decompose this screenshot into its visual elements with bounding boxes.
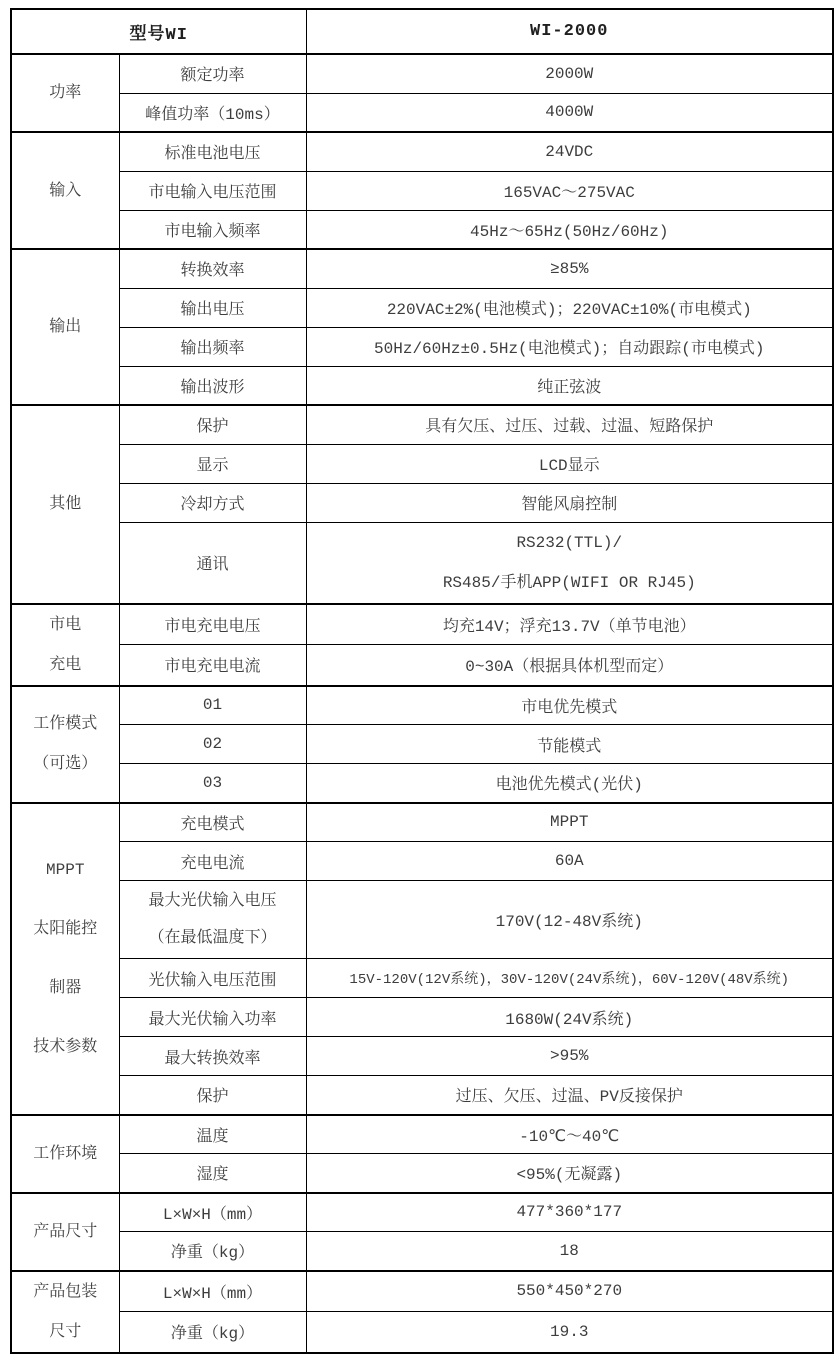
spec-value: 过压、欠压、过温、PV反接保护 — [306, 1076, 833, 1115]
group-cell-input: 输入 — [11, 132, 119, 249]
spec-label: 03 — [119, 764, 306, 803]
group-label: 市电 — [16, 605, 115, 645]
spec-label: 光伏输入电压范围 — [119, 959, 306, 998]
table-row: 输入 标准电池电压 24VDC — [11, 132, 833, 171]
spec-label: L×W×H（mm） — [119, 1193, 306, 1232]
spec-value: 220VAC±2%(电池模式)；220VAC±10%(市电模式) — [306, 288, 833, 327]
spec-value-line: RS232(TTL)/ — [311, 523, 829, 563]
group-cell-ac-charge: 市电 充电 — [11, 604, 119, 686]
spec-value: 电池优先模式(光伏) — [306, 764, 833, 803]
spec-value: 19.3 — [306, 1312, 833, 1353]
spec-label-line: （在最低温度下） — [124, 920, 302, 957]
table-row: 03 电池优先模式(光伏) — [11, 764, 833, 803]
spec-value: <95%(无凝露) — [306, 1154, 833, 1193]
table-row: 其他 保护 具有欠压、过压、过载、过温、短路保护 — [11, 405, 833, 444]
spec-value: 15V-120V(12V系统)，30V-120V(24V系统)，60V-120V… — [306, 959, 833, 998]
spec-value: 45Hz～65Hz(50Hz/60Hz) — [306, 210, 833, 249]
spec-value: 2000W — [306, 54, 833, 93]
spec-label: 峰值功率（10ms） — [119, 93, 306, 132]
group-cell-product-size: 产品尺寸 — [11, 1193, 119, 1271]
group-label: 制器 — [16, 959, 115, 1018]
spec-label: 保护 — [119, 1076, 306, 1115]
spec-label: 净重（kg） — [119, 1312, 306, 1353]
table-row: 市电输入电压范围 165VAC～275VAC — [11, 171, 833, 210]
table-row: 输出波形 纯正弦波 — [11, 366, 833, 405]
spec-label: 最大光伏输入功率 — [119, 998, 306, 1037]
spec-value: 50Hz/60Hz±0.5Hz(电池模式)；自动跟踪(市电模式) — [306, 327, 833, 366]
spec-label: 输出波形 — [119, 366, 306, 405]
table-row: 02 节能模式 — [11, 725, 833, 764]
table-row: 工作环境 温度 -10℃～40℃ — [11, 1115, 833, 1154]
table-row: 输出电压 220VAC±2%(电池模式)；220VAC±10%(市电模式) — [11, 288, 833, 327]
spec-value-line: RS485/手机APP(WIFI OR RJ45) — [311, 563, 829, 603]
group-label: 太阳能控 — [16, 900, 115, 959]
group-label: 产品包装 — [16, 1272, 115, 1312]
spec-label: 转换效率 — [119, 249, 306, 288]
spec-value: 550*450*270 — [306, 1271, 833, 1312]
table-row: 保护 过压、欠压、过温、PV反接保护 — [11, 1076, 833, 1115]
spec-value: 市电优先模式 — [306, 686, 833, 725]
group-label: 输出 — [16, 307, 115, 347]
spec-value: 具有欠压、过压、过载、过温、短路保护 — [306, 405, 833, 444]
spec-label: 保护 — [119, 405, 306, 444]
spec-label: 冷却方式 — [119, 483, 306, 522]
spec-value: 477*360*177 — [306, 1193, 833, 1232]
spec-label: 最大光伏输入电压 （在最低温度下） — [119, 881, 306, 959]
table-row: 市电 充电 市电充电电压 均充14V；浮充13.7V（单节电池） — [11, 604, 833, 645]
spec-label: 显示 — [119, 444, 306, 483]
spec-label: 02 — [119, 725, 306, 764]
table-header-row: 型号WI WI-2000 — [11, 9, 833, 54]
table-row: 通讯 RS232(TTL)/ RS485/手机APP(WIFI OR RJ45) — [11, 522, 833, 604]
group-label: 产品尺寸 — [16, 1212, 115, 1252]
group-label: 充电 — [16, 645, 115, 685]
spec-value: 纯正弦波 — [306, 366, 833, 405]
spec-label: 01 — [119, 686, 306, 725]
table-row: 净重（kg） 19.3 — [11, 1312, 833, 1353]
spec-value: 0~30A（根据具体机型而定） — [306, 645, 833, 686]
spec-table: 型号WI WI-2000 功率 额定功率 2000W 峰值功率（10ms） 40… — [10, 8, 834, 1354]
spec-label: 输出电压 — [119, 288, 306, 327]
table-row: 最大转换效率 >95% — [11, 1037, 833, 1076]
table-row: 显示 LCD显示 — [11, 444, 833, 483]
spec-label: 市电输入频率 — [119, 210, 306, 249]
group-cell-work-mode: 工作模式 （可选） — [11, 686, 119, 803]
spec-value: 4000W — [306, 93, 833, 132]
group-cell-environment: 工作环境 — [11, 1115, 119, 1193]
table-row: 湿度 <95%(无凝露) — [11, 1154, 833, 1193]
spec-label: 市电输入电压范围 — [119, 171, 306, 210]
spec-value: 均充14V；浮充13.7V（单节电池） — [306, 604, 833, 645]
group-label: （可选） — [16, 744, 115, 784]
table-row: 工作模式 （可选） 01 市电优先模式 — [11, 686, 833, 725]
table-row: 输出 转换效率 ≥85% — [11, 249, 833, 288]
spec-value: -10℃～40℃ — [306, 1115, 833, 1154]
spec-label: 额定功率 — [119, 54, 306, 93]
table-row: 产品尺寸 L×W×H（mm） 477*360*177 — [11, 1193, 833, 1232]
spec-value: 1680W(24V系统) — [306, 998, 833, 1037]
group-label: 其他 — [16, 484, 115, 524]
spec-value: ≥85% — [306, 249, 833, 288]
model-value-cell: WI-2000 — [306, 9, 833, 54]
spec-value: 165VAC～275VAC — [306, 171, 833, 210]
spec-value: LCD显示 — [306, 444, 833, 483]
group-cell-other: 其他 — [11, 405, 119, 604]
spec-label: 净重（kg） — [119, 1232, 306, 1271]
spec-label: 标准电池电压 — [119, 132, 306, 171]
group-cell-mppt: MPPT 太阳能控 制器 技术参数 — [11, 803, 119, 1115]
group-label: 功率 — [16, 73, 115, 113]
spec-value: 24VDC — [306, 132, 833, 171]
spec-label: 通讯 — [119, 522, 306, 604]
table-row: 净重（kg） 18 — [11, 1232, 833, 1271]
spec-value: RS232(TTL)/ RS485/手机APP(WIFI OR RJ45) — [306, 522, 833, 604]
spec-label: 市电充电电流 — [119, 645, 306, 686]
group-label: MPPT — [16, 841, 115, 900]
group-label: 输入 — [16, 171, 115, 211]
table-row: 最大光伏输入电压 （在最低温度下） 170V(12-48V系统) — [11, 881, 833, 959]
spec-value: >95% — [306, 1037, 833, 1076]
group-cell-package-size: 产品包装 尺寸 — [11, 1271, 119, 1353]
group-cell-output: 输出 — [11, 249, 119, 405]
spec-label: 输出频率 — [119, 327, 306, 366]
table-row: 光伏输入电压范围 15V-120V(12V系统)，30V-120V(24V系统)… — [11, 959, 833, 998]
spec-value: 节能模式 — [306, 725, 833, 764]
spec-value: 170V(12-48V系统) — [306, 881, 833, 959]
spec-label: 温度 — [119, 1115, 306, 1154]
spec-label: 市电充电电压 — [119, 604, 306, 645]
group-label: 工作模式 — [16, 704, 115, 744]
table-row: 充电电流 60A — [11, 842, 833, 881]
group-label: 技术参数 — [16, 1018, 115, 1077]
model-header-cell: 型号WI — [11, 9, 306, 54]
spec-label: L×W×H（mm） — [119, 1271, 306, 1312]
table-row: 输出频率 50Hz/60Hz±0.5Hz(电池模式)；自动跟踪(市电模式) — [11, 327, 833, 366]
spec-label: 充电电流 — [119, 842, 306, 881]
group-label: 工作环境 — [16, 1134, 115, 1174]
group-label: 尺寸 — [16, 1312, 115, 1352]
spec-label: 湿度 — [119, 1154, 306, 1193]
table-row: MPPT 太阳能控 制器 技术参数 充电模式 MPPT — [11, 803, 833, 842]
spec-value: 60A — [306, 842, 833, 881]
table-row: 产品包装 尺寸 L×W×H（mm） 550*450*270 — [11, 1271, 833, 1312]
spec-label-line: 最大光伏输入电压 — [124, 883, 302, 920]
table-row: 功率 额定功率 2000W — [11, 54, 833, 93]
spec-label: 充电模式 — [119, 803, 306, 842]
spec-value: MPPT — [306, 803, 833, 842]
table-row: 市电输入频率 45Hz～65Hz(50Hz/60Hz) — [11, 210, 833, 249]
spec-value: 18 — [306, 1232, 833, 1271]
table-row: 最大光伏输入功率 1680W(24V系统) — [11, 998, 833, 1037]
table-row: 市电充电电流 0~30A（根据具体机型而定） — [11, 645, 833, 686]
table-row: 峰值功率（10ms） 4000W — [11, 93, 833, 132]
table-row: 冷却方式 智能风扇控制 — [11, 483, 833, 522]
spec-label: 最大转换效率 — [119, 1037, 306, 1076]
group-cell-power: 功率 — [11, 54, 119, 132]
spec-value: 智能风扇控制 — [306, 483, 833, 522]
